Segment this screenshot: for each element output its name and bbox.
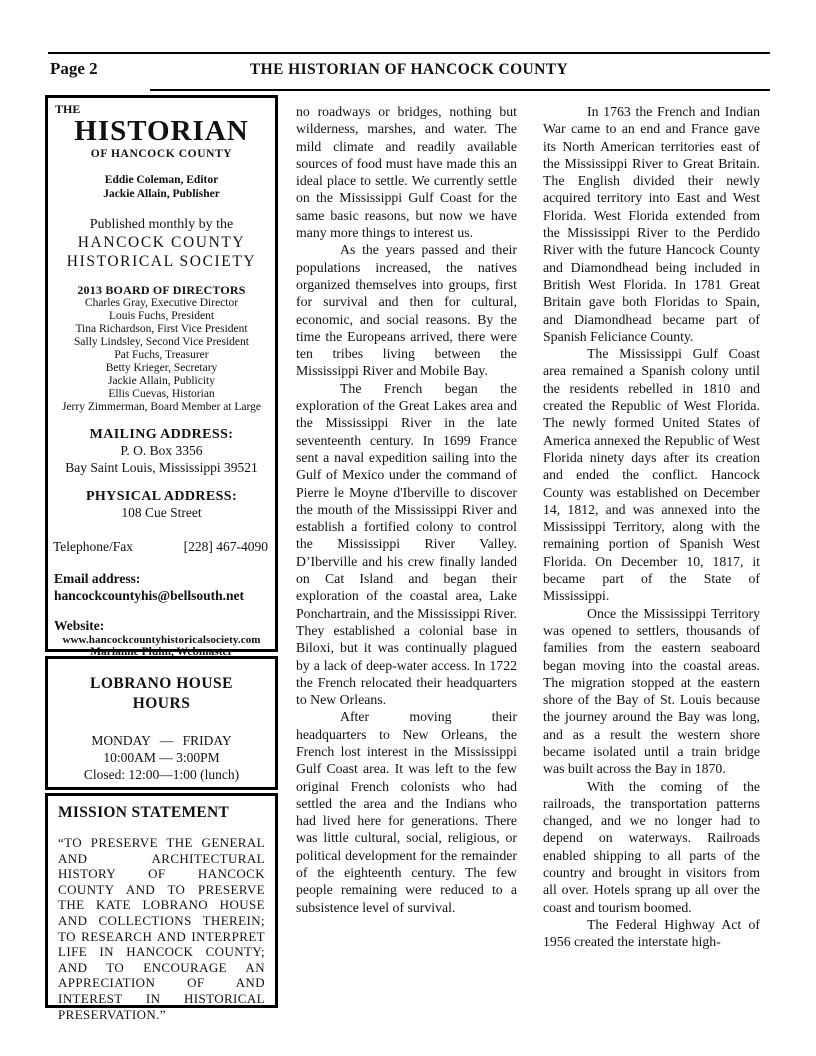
telephone-number: [228] 467-4090 bbox=[184, 539, 268, 555]
published-monthly-line: Published monthly by the bbox=[48, 216, 275, 233]
organization-name-line1: HANCOCK COUNTY bbox=[48, 233, 275, 252]
website-block: Website: www.hancockcountyhistoricalsoci… bbox=[48, 617, 275, 658]
masthead-subtitle: OF HANCOCK COUNTY bbox=[48, 148, 275, 160]
board-member: Pat Fuchs, Treasurer bbox=[48, 349, 275, 362]
board-member: Tina Richardson, First Vice President bbox=[48, 323, 275, 336]
board-member: Charles Gray, Executive Director bbox=[48, 297, 275, 310]
article-paragraph: The French began the exploration of the … bbox=[296, 380, 517, 709]
article-column-right: In 1763 the French and Indian War came t… bbox=[543, 103, 760, 951]
hours-box: LOBRANO HOUSE HOURS MONDAY — FRIDAY 10:0… bbox=[45, 656, 278, 790]
physical-address-line1: 108 Cue Street bbox=[48, 505, 275, 522]
website-label: Website: bbox=[48, 617, 275, 634]
hours-title: LOBRANO HOUSE HOURS bbox=[48, 674, 275, 713]
masthead-title: HISTORIAN bbox=[48, 115, 275, 148]
email-label: Email address: bbox=[48, 570, 275, 587]
telephone-row: Telephone/Fax [228] 467-4090 bbox=[48, 539, 275, 555]
header-top-rule bbox=[48, 52, 770, 54]
mission-text: “TO PRESERVE THE GENERAL AND ARCHITECTUR… bbox=[58, 835, 265, 1022]
website-url: www.hancockcountyhistoricalsociety.com bbox=[48, 634, 275, 646]
board-of-directors: 2013 BOARD OF DIRECTORS Charles Gray, Ex… bbox=[48, 284, 275, 414]
board-member: Sally Lindsley, Second Vice President bbox=[48, 336, 275, 349]
email-block: Email address: hancockcountyhis@bellsout… bbox=[48, 570, 275, 604]
hours-days: MONDAY — FRIDAY bbox=[48, 732, 275, 749]
article-paragraph: no roadways or bridges, nothing but wild… bbox=[296, 103, 517, 241]
article-paragraph: As the years passed and their population… bbox=[296, 241, 517, 379]
board-member: Louis Fuchs, President bbox=[48, 310, 275, 323]
mailing-address-line1: P. O. Box 3356 bbox=[48, 443, 275, 460]
article-paragraph: The Mississippi Gulf Coast area remained… bbox=[543, 345, 760, 604]
board-member: Jerry Zimmerman, Board Member at Large bbox=[48, 401, 275, 414]
newsletter-title-header: THE HISTORIAN OF HANCOCK COUNTY bbox=[48, 61, 770, 79]
email-address: hancockcountyhis@bellsouth.net bbox=[48, 587, 275, 604]
newsletter-page: Page 2 THE HISTORIAN OF HANCOCK COUNTY T… bbox=[0, 0, 816, 1056]
article-paragraph: The Federal Highway Act of 1956 created … bbox=[543, 916, 760, 951]
hours-time: 10:00AM — 3:00PM bbox=[48, 749, 275, 766]
board-member: Ellis Cuevas, Historian bbox=[48, 388, 275, 401]
organization-name: HANCOCK COUNTY HISTORICAL SOCIETY bbox=[48, 233, 275, 271]
board-member: Jackie Allain, Publicity bbox=[48, 375, 275, 388]
masthead-box: THE HISTORIAN OF HANCOCK COUNTY Eddie Co… bbox=[45, 95, 278, 652]
article-column-middle: no roadways or bridges, nothing but wild… bbox=[296, 103, 517, 916]
organization-name-line2: HISTORICAL SOCIETY bbox=[48, 252, 275, 271]
article-paragraph: After moving their headquarters to New O… bbox=[296, 708, 517, 916]
board-member: Betty Krieger, Secretary bbox=[48, 362, 275, 375]
telephone-label: Telephone/Fax bbox=[53, 539, 133, 555]
board-heading: 2013 BOARD OF DIRECTORS bbox=[48, 284, 275, 297]
page-header: Page 2 THE HISTORIAN OF HANCOCK COUNTY bbox=[48, 57, 770, 85]
masthead-staff: Eddie Coleman, Editor Jackie Allain, Pub… bbox=[48, 173, 275, 201]
mission-box: MISSION STATEMENT “TO PRESERVE THE GENER… bbox=[45, 793, 278, 1008]
hours-title-line1: LOBRANO HOUSE bbox=[48, 674, 275, 694]
mailing-address-heading: MAILING ADDRESS: bbox=[48, 427, 275, 443]
mission-heading: MISSION STATEMENT bbox=[58, 804, 265, 822]
article-paragraph: With the coming of the railroads, the tr… bbox=[543, 778, 760, 916]
article-paragraph: In 1763 the French and Indian War came t… bbox=[543, 103, 760, 345]
physical-address-heading: PHYSICAL ADDRESS: bbox=[48, 489, 275, 505]
mailing-address-line2: Bay Saint Louis, Mississippi 39521 bbox=[48, 460, 275, 477]
header-bottom-rule bbox=[150, 89, 770, 91]
hours-title-line2: HOURS bbox=[48, 694, 275, 714]
hours-closed: Closed: 12:00—1:00 (lunch) bbox=[48, 766, 275, 783]
article-paragraph: Once the Mississippi Territory was opene… bbox=[543, 605, 760, 778]
editor-line: Eddie Coleman, Editor bbox=[48, 173, 275, 187]
publisher-line: Jackie Allain, Publisher bbox=[48, 187, 275, 201]
